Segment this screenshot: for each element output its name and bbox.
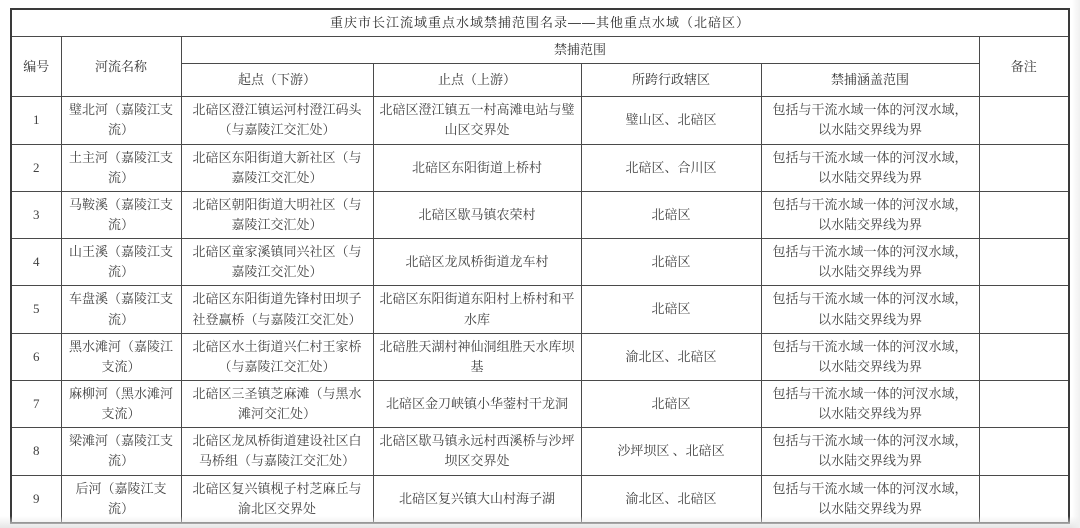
header-row-1: 编号 河流名称 禁捕范围 备注 (11, 37, 1069, 64)
cell-start: 北碚区龙凤桥街道建设社区白马桥组（与嘉陵江交汇处） (181, 428, 373, 475)
cell-districts: 北碚区 (581, 239, 761, 286)
cell-coverage: 包括与干流水域一体的河汊水域，以水陆交界线为界 (761, 286, 979, 333)
table-row: 3马鞍溪（嘉陵江支流）北碚区朝阳街道大明社区（与嘉陵江交汇处）北碚区歇马镇农荣村… (11, 191, 1069, 238)
column-header-coverage: 禁捕涵盖范围 (761, 64, 979, 97)
cell-start: 北碚区童家溪镇同兴社区（与嘉陵江交汇处） (181, 239, 373, 286)
cell-remark (979, 286, 1069, 333)
cell-river: 马鞍溪（嘉陵江支流） (61, 191, 181, 238)
cell-coverage: 包括与干流水域一体的河汊水域，以水陆交界线为界 (761, 428, 979, 475)
cell-river: 麻柳河（黑水滩河支流） (61, 380, 181, 427)
cell-coverage: 包括与干流水域一体的河汊水域，以水陆交界线为界 (761, 97, 979, 144)
cell-river: 土主河（嘉陵江支流） (61, 144, 181, 191)
cell-remark (979, 144, 1069, 191)
cell-districts: 渝北区、北碚区 (581, 475, 761, 523)
cell-no: 2 (11, 144, 61, 191)
cell-river: 黑水滩河（嘉陵江支流） (61, 333, 181, 380)
cell-remark (979, 191, 1069, 238)
table-row: 1璧北河（嘉陵江支流）北碚区澄江镇运河村澄江码头（与嘉陵江交汇处）北碚区澄江镇五… (11, 97, 1069, 144)
cell-no: 8 (11, 428, 61, 475)
cell-start: 北碚区三圣镇芝麻滩（与黑水滩河交汇处） (181, 380, 373, 427)
cell-no: 4 (11, 239, 61, 286)
cell-no: 3 (11, 191, 61, 238)
cell-districts: 沙坪坝区 、北碚区 (581, 428, 761, 475)
cell-districts: 渝北区、北碚区 (581, 333, 761, 380)
cell-no: 6 (11, 333, 61, 380)
cell-districts: 璧山区、北碚区 (581, 97, 761, 144)
cell-end: 北碚区东阳街道东阳村上桥村和平水库 (373, 286, 581, 333)
column-header-districts: 所跨行政辖区 (581, 64, 761, 97)
table-row: 6黑水滩河（嘉陵江支流）北碚区水土街道兴仁村王家桥（与嘉陵江交汇处）北碚胜天湖村… (11, 333, 1069, 380)
cell-river: 山王溪（嘉陵江支流） (61, 239, 181, 286)
column-header-no: 编号 (11, 37, 61, 97)
page-right-fade (1072, 0, 1080, 528)
cell-coverage: 包括与干流水域一体的河汊水域，以水陆交界线为界 (761, 475, 979, 523)
document-title: 重庆市长江流域重点水域禁捕范围名录——其他重点水域（北碚区） (11, 9, 1069, 37)
cell-start: 北碚区东阳街道先锋村田坝子社登赢桥（与嘉陵江交汇处） (181, 286, 373, 333)
cell-river: 车盘溪（嘉陵江支流） (61, 286, 181, 333)
cell-end: 北碚区金刀峡镇小华蓥村干龙洞 (373, 380, 581, 427)
cell-remark (979, 380, 1069, 427)
cell-end: 北碚区东阳街道上桥村 (373, 144, 581, 191)
cell-districts: 北碚区 (581, 286, 761, 333)
cell-no: 1 (11, 97, 61, 144)
table-row: 4山王溪（嘉陵江支流）北碚区童家溪镇同兴社区（与嘉陵江交汇处）北碚区龙凤桥街道龙… (11, 239, 1069, 286)
cell-coverage: 包括与干流水域一体的河汊水域，以水陆交界线为界 (761, 191, 979, 238)
cell-districts: 北碚区、合川区 (581, 144, 761, 191)
cell-remark (979, 475, 1069, 523)
cell-end: 北碚胜天湖村神仙洞组胜天水库坝基 (373, 333, 581, 380)
title-row: 重庆市长江流域重点水域禁捕范围名录——其他重点水域（北碚区） (11, 9, 1069, 37)
table-row: 2土主河（嘉陵江支流）北碚区东阳街道大新社区（与嘉陵江交汇处）北碚区东阳街道上桥… (11, 144, 1069, 191)
table-row: 5车盘溪（嘉陵江支流）北碚区东阳街道先锋村田坝子社登赢桥（与嘉陵江交汇处）北碚区… (11, 286, 1069, 333)
cell-start: 北碚区水土街道兴仁村王家桥（与嘉陵江交汇处） (181, 333, 373, 380)
cell-start: 北碚区澄江镇运河村澄江码头（与嘉陵江交汇处） (181, 97, 373, 144)
cell-coverage: 包括与干流水域一体的河汊水域，以水陆交界线为界 (761, 239, 979, 286)
cell-districts: 北碚区 (581, 380, 761, 427)
cell-remark (979, 333, 1069, 380)
cell-no: 9 (11, 475, 61, 523)
cell-start: 北碚区复兴镇枧子村芝麻丘与渝北区交界处 (181, 475, 373, 523)
column-header-remark: 备注 (979, 37, 1069, 97)
table-row: 9后河（嘉陵江支流）北碚区复兴镇枧子村芝麻丘与渝北区交界处北碚区复兴镇大山村海子… (11, 475, 1069, 523)
cell-end: 北碚区龙凤桥街道龙车村 (373, 239, 581, 286)
cell-start: 北碚区东阳街道大新社区（与嘉陵江交汇处） (181, 144, 373, 191)
column-header-river: 河流名称 (61, 37, 181, 97)
cell-coverage: 包括与干流水域一体的河汊水域，以水陆交界线为界 (761, 380, 979, 427)
cell-districts: 北碚区 (581, 191, 761, 238)
table-row: 8梁滩河（嘉陵江支流）北碚区龙凤桥街道建设社区白马桥组（与嘉陵江交汇处）北碚区歇… (11, 428, 1069, 475)
cell-no: 5 (11, 286, 61, 333)
table-row: 7麻柳河（黑水滩河支流）北碚区三圣镇芝麻滩（与黑水滩河交汇处）北碚区金刀峡镇小华… (11, 380, 1069, 427)
cell-river: 璧北河（嘉陵江支流） (61, 97, 181, 144)
fishing-ban-table: 重庆市长江流域重点水域禁捕范围名录——其他重点水域（北碚区） 编号 河流名称 禁… (10, 8, 1070, 524)
table-body: 1璧北河（嘉陵江支流）北碚区澄江镇运河村澄江码头（与嘉陵江交汇处）北碚区澄江镇五… (11, 97, 1069, 523)
cell-end: 北碚区歇马镇永远村西溪桥与沙坪坝区交界处 (373, 428, 581, 475)
cell-coverage: 包括与干流水域一体的河汊水域，以水陆交界线为界 (761, 144, 979, 191)
cell-start: 北碚区朝阳街道大明社区（与嘉陵江交汇处） (181, 191, 373, 238)
cell-end: 北碚区复兴镇大山村海子湖 (373, 475, 581, 523)
cell-end: 北碚区澄江镇五一村高滩电站与璧山区交界处 (373, 97, 581, 144)
column-header-end: 止点（上游） (373, 64, 581, 97)
cell-no: 7 (11, 380, 61, 427)
cell-remark (979, 428, 1069, 475)
cell-coverage: 包括与干流水域一体的河汊水域，以水陆交界线为界 (761, 333, 979, 380)
cell-remark (979, 97, 1069, 144)
column-header-ban-range: 禁捕范围 (181, 37, 979, 64)
cell-remark (979, 239, 1069, 286)
cell-river: 梁滩河（嘉陵江支流） (61, 428, 181, 475)
cell-river: 后河（嘉陵江支流） (61, 475, 181, 523)
column-header-start: 起点（下游） (181, 64, 373, 97)
document-page: 重庆市长江流域重点水域禁捕范围名录——其他重点水域（北碚区） 编号 河流名称 禁… (0, 0, 1080, 528)
cell-end: 北碚区歇马镇农荣村 (373, 191, 581, 238)
